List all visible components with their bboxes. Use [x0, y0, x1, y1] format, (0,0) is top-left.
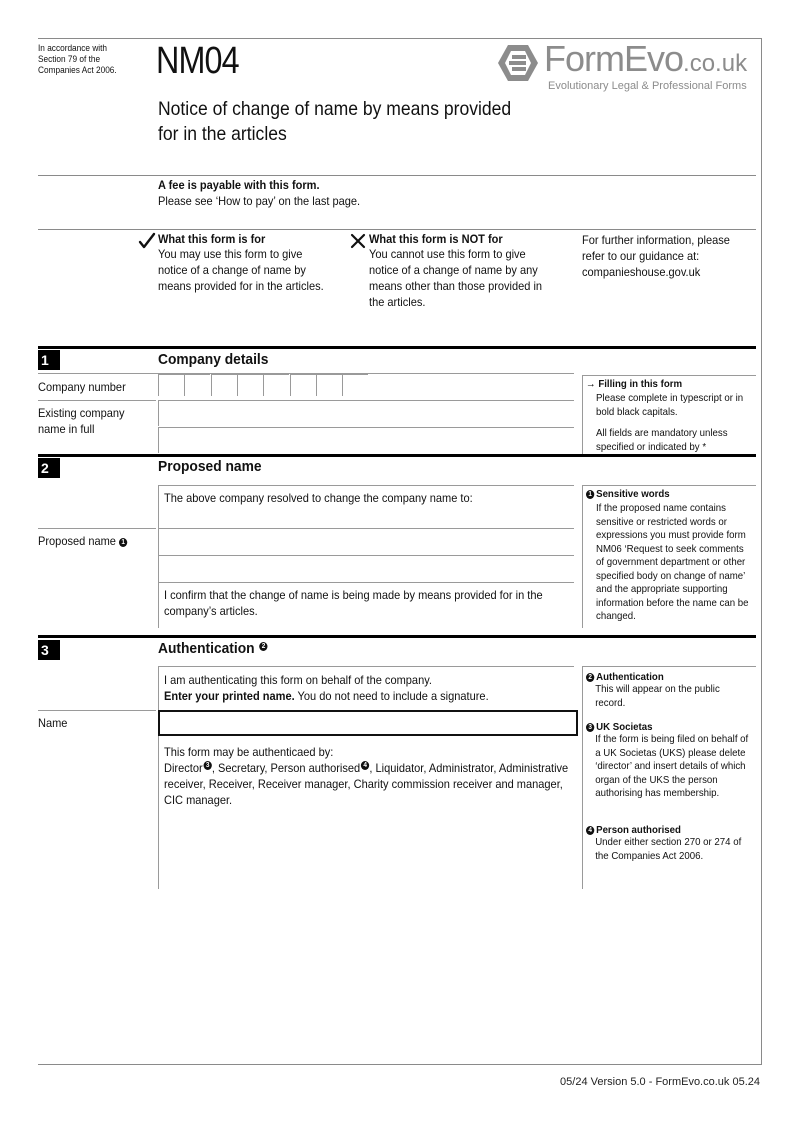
authentication-intro-line: Enter your printed name. You do not need… [164, 688, 569, 704]
name-label: Name [38, 715, 67, 731]
form-purpose-heading: What this form is for [158, 232, 328, 246]
section-1-number: 1 [38, 350, 60, 370]
existing-name-label-line: Existing company [38, 405, 125, 421]
proposed-name-label-text: Proposed name [38, 534, 116, 548]
company-number-digit-box[interactable] [211, 374, 237, 396]
fee-instructions: Please see ‘How to pay’ on the last page… [158, 194, 360, 208]
person-authorised-note: 4Person authorised Under either section … [586, 824, 766, 863]
authentication-note-heading-text: Authentication [596, 671, 664, 683]
company-number-label: Company number [38, 379, 126, 395]
section-2-title: Proposed name [158, 458, 262, 475]
note-4-badge: 4 [361, 761, 369, 770]
divider [38, 400, 156, 401]
cross-icon [350, 233, 366, 249]
section-3-title: Authentication 2 [158, 640, 268, 657]
section-3-number: 3 [38, 640, 60, 660]
legal-reference-line: Section 79 of the [38, 54, 117, 65]
proposed-name-input-line-1[interactable] [158, 528, 574, 555]
confirmation-statement: I confirm that the change of name is bei… [164, 587, 569, 619]
logo-tld: .co.uk [683, 50, 747, 77]
uk-societas-note: 3UK Societas If the form is being filed … [586, 721, 766, 801]
legal-reference-line: In accordance with [38, 43, 117, 54]
company-number-digit-box[interactable] [263, 374, 289, 396]
formevo-logo-icon [498, 44, 538, 82]
company-number-digit-box[interactable] [316, 374, 342, 396]
authentication-intro-box: I am authenticating this form on behalf … [158, 666, 574, 710]
sensitive-words-note: 1Sensitive words If the proposed name co… [582, 485, 756, 628]
bottom-rule [38, 1064, 762, 1065]
section-3-rule [38, 635, 756, 638]
formevo-logo: FormEvo.co.uk Evolutionary Legal & Profe… [498, 42, 758, 98]
note-3-icon: 3 [586, 723, 594, 732]
logo-tagline: Evolutionary Legal & Professional Forms [548, 80, 747, 92]
note-1-icon: 1 [586, 490, 594, 499]
name-input[interactable] [158, 710, 578, 736]
version-footer: 05/24 Version 5.0 - FormEvo.co.uk 05.24 [560, 1076, 760, 1088]
form-title: Notice of change of name by means provid… [158, 97, 536, 147]
uk-societas-note-text: If the form is being filed on behalf of … [586, 733, 752, 801]
divider [38, 229, 756, 230]
legal-reference: In accordance with Section 79 of the Com… [38, 43, 117, 76]
existing-name-input-line-1[interactable] [158, 400, 574, 426]
company-number-digit-box[interactable] [237, 374, 263, 396]
legal-reference-line: Companies Act 2006. [38, 65, 117, 76]
filling-note-text: Please complete in typescript or in bold… [596, 392, 752, 419]
authorised-signatories-heading: This form may be authenticaed by: [164, 744, 578, 760]
note-2-icon: 2 [586, 673, 594, 682]
note-3-badge: 3 [204, 761, 212, 770]
existing-name-label-line: name in full [38, 421, 125, 437]
check-icon [138, 232, 156, 250]
authentication-intro-line: I am authenticating this form on behalf … [164, 672, 569, 688]
authentication-notes: 2Authentication This will appear on the … [582, 666, 756, 889]
company-number-digit-box[interactable] [184, 374, 210, 396]
divider [38, 175, 756, 176]
authentication-note-text: This will appear on the public record. [586, 683, 752, 710]
authentication-note-heading: 2Authentication [586, 671, 752, 683]
mandatory-note-text: All fields are mandatory unless specifie… [596, 427, 752, 454]
section-1-title: Company details [158, 351, 268, 368]
sensitive-words-heading-text: Sensitive words [596, 488, 670, 500]
company-number-digit-box[interactable] [342, 374, 368, 396]
authentication-note: 2Authentication This will appear on the … [586, 671, 766, 710]
filling-note-heading-text: Filling in this form [598, 378, 682, 390]
resolution-statement: The above company resolved to change the… [164, 490, 550, 506]
note-4-icon: 4 [586, 826, 594, 835]
existing-name-label: Existing company name in full [38, 405, 125, 437]
uk-societas-note-heading-text: UK Societas [596, 721, 652, 733]
form-purpose-text: You may use this form to give notice of … [158, 246, 328, 294]
existing-name-input-line-2[interactable] [158, 427, 574, 453]
company-number-digit-box[interactable] [290, 374, 316, 396]
printed-name-instruction: Enter your printed name. [164, 689, 295, 703]
form-code: NM04 [156, 40, 239, 83]
note-2-badge: 2 [259, 642, 267, 651]
divider [158, 736, 159, 889]
right-rule [761, 38, 762, 1065]
divider [38, 528, 156, 529]
form-not-purpose: What this form is NOT for You cannot use… [369, 232, 569, 310]
authorised-signatories: This form may be authenticaed by: Direct… [164, 744, 578, 808]
form-purpose: What this form is for You may use this f… [158, 232, 343, 294]
uk-societas-note-heading: 3UK Societas [586, 721, 752, 733]
section-3-title-text: Authentication [158, 640, 255, 657]
formevo-logo-text: FormEvo.co.uk [544, 38, 747, 80]
roles-text: , Secretary, Person authorised [212, 761, 360, 775]
form-not-purpose-text: You cannot use this form to give notice … [369, 246, 553, 310]
sensitive-words-heading: 1Sensitive words [586, 488, 670, 500]
person-authorised-note-text: Under either section 270 or 274 of the C… [586, 836, 752, 863]
authorised-signatories-list: Director3, Secretary, Person authorised4… [164, 760, 578, 808]
resolution-statement-box: The above company resolved to change the… [158, 485, 574, 528]
authentication-intro: I am authenticating this form on behalf … [164, 672, 569, 704]
filling-note: → Filling in this form Please complete i… [582, 375, 756, 455]
company-number-input[interactable] [158, 374, 368, 398]
person-authorised-note-heading-text: Person authorised [596, 824, 681, 836]
section-1-rule [38, 346, 756, 349]
person-authorised-note-heading: 4Person authorised [586, 824, 752, 836]
sensitive-words-text: If the proposed name contains sensitive … [596, 502, 754, 624]
further-info: For further information, please refer to… [582, 232, 748, 280]
filling-note-heading: → Filling in this form [586, 378, 682, 390]
proposed-name-input-line-2[interactable] [158, 555, 574, 582]
divider [38, 710, 156, 711]
logo-name: FormEvo [544, 38, 683, 79]
fee-notice: A fee is payable with this form. [158, 178, 320, 192]
section-2-rule [38, 454, 756, 457]
signature-note: You do not need to include a signature. [295, 689, 489, 703]
company-number-digit-box[interactable] [158, 374, 184, 396]
proposed-name-label: Proposed name 1 [38, 533, 129, 549]
director-role: Director [164, 761, 203, 775]
section-2-number: 2 [38, 458, 60, 478]
form-not-purpose-heading: What this form is NOT for [369, 232, 553, 246]
arrow-right-icon: → [586, 378, 596, 390]
confirmation-box: I confirm that the change of name is bei… [158, 582, 574, 628]
note-1-badge: 1 [119, 538, 127, 547]
